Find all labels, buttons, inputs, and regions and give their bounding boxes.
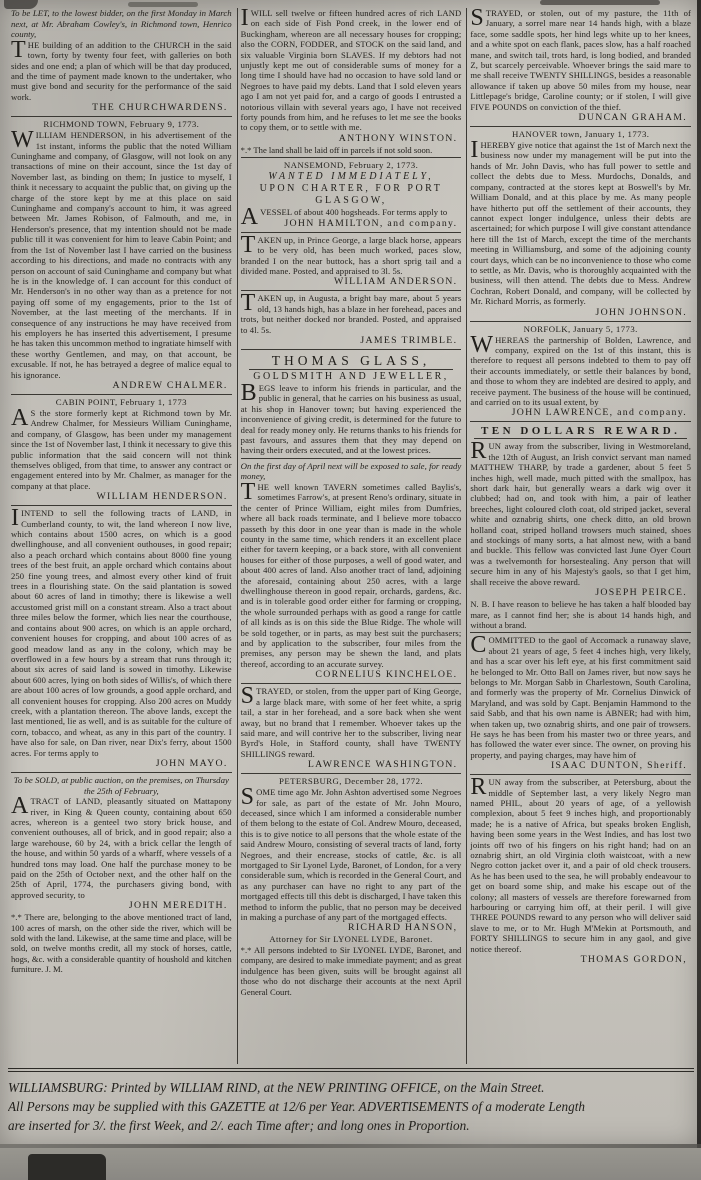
ad-signature: JOHN MAYO. [11, 758, 232, 770]
ad-columns: To be LET, to the lowest bidder, on the … [8, 8, 696, 1064]
ad-signature: JOSEPH PEIRCE. [470, 587, 691, 599]
ad-runaway-phil: RUN away from the subscriber, at Petersb… [470, 774, 691, 966]
ad-church-letting: To be LET, to the lowest bidder, on the … [11, 8, 232, 114]
ad-partnership-expired: NORFOLK, January 5, 1773. WHEREAS the pa… [470, 321, 691, 420]
ad-signature: LAWRENCE WASHINGTON. [241, 759, 462, 771]
ad-signature-title: Attorney for Sir LYONEL LYDE, Baronet. [241, 934, 462, 945]
ad-body: BEGS leave to inform his friends in part… [241, 383, 462, 456]
ad-dateline: CABIN POINT, February 1, 1773 [11, 397, 232, 408]
column-right: STRAYED, or stolen, out of my pasture, t… [467, 8, 696, 1064]
ad-committed-gaol: COMMITTED to the gaol of Accomack a runa… [470, 632, 691, 772]
ad-signature: JOHN HAMILTON, and company. [241, 218, 462, 230]
column-left: To be LET, to the lowest bidder, on the … [8, 8, 238, 1064]
ad-body: WILLIAM HENDERSON, in his advertisement … [11, 130, 232, 380]
ad-signature: WILLIAM HENDERSON. [11, 491, 232, 503]
ad-body: STRAYED, or stolen, out of my pasture, t… [470, 8, 691, 112]
ad-body: TAKEN up, in Augusta, a bright bay mare,… [241, 293, 462, 335]
ad-signature: JAMES TRIMBLE. [241, 335, 462, 347]
ad-strayed-sorrel: STRAYED, or stolen, out of my pasture, t… [470, 8, 691, 124]
ad-henderson-notice: CABIN POINT, February 1, 1773 AS the sto… [11, 394, 232, 503]
ad-intro: To be LET, to the lowest bidder, on the … [11, 8, 232, 40]
ink-stain [540, 0, 660, 5]
ad-intro: On the first day of April next will be e… [241, 461, 462, 482]
ink-stain [4, 0, 38, 9]
ad-signature: RICHARD HANSON, [241, 922, 462, 934]
ad-postscript: *.* There are, belonging to the above me… [11, 912, 232, 974]
ad-signature: JOHN LAWRENCE, and company. [470, 407, 691, 419]
ad-postscript: *.* All persons indebted to Sir LYONEL L… [241, 945, 462, 997]
ad-dateline: NANSEMOND, February 2, 1773. [241, 160, 462, 171]
ad-dateline: NORFOLK, January 5, 1773. [470, 324, 691, 335]
ad-meredith-auction: To be SOLD, at public auction, on the pr… [11, 772, 232, 975]
colophon-line-2: All Persons may be supplied with this GA… [8, 1097, 694, 1116]
ad-body: AS the store formerly kept at Richmond t… [11, 408, 232, 491]
ad-heading: WANTED IMMEDIATELY, [241, 171, 462, 183]
column-middle: I WILL sell twelve or fifteen hundred ac… [238, 8, 468, 1064]
newspaper-page: To be LET, to the lowest bidder, on the … [0, 0, 701, 1180]
ad-taken-up-mare: TAKEN up, in Augusta, a bright bay mare,… [241, 290, 462, 347]
ad-body: I WILL sell twelve or fifteen hundred ac… [241, 8, 462, 133]
ad-signature: JOHN MEREDITH. [11, 900, 232, 912]
ad-postscript: N. B. I have reason to believe he has ta… [470, 599, 691, 630]
ad-signature: ANTHONY WINSTON. [241, 133, 462, 145]
ad-body: A TRACT of LAND, pleasantly situated on … [11, 796, 232, 900]
ad-body: STRAYED, or stolen, from the upper part … [241, 686, 462, 759]
ad-signature: DUNCAN GRAHAM. [470, 112, 691, 124]
ad-body: COMMITTED to the gaol of Accomack a runa… [470, 635, 691, 760]
ad-intro: To be SOLD, at public auction, on the pr… [11, 775, 232, 796]
ad-body: SOME time ago Mr. John Ashton advertised… [241, 787, 462, 922]
ad-strayed-mare: STRAYED, or stolen, from the upper part … [241, 683, 462, 771]
ad-body: WHEREAS the partnership of Bolden, Lawre… [470, 335, 691, 408]
ad-heading: TEN DOLLARS REWARD. [474, 424, 687, 439]
ad-body: THE building of an addition to the CHURC… [11, 40, 232, 102]
ad-signature: ISAAC DUNTON, Sheriff. [470, 760, 691, 772]
ad-postscript: *.* The land shall be laid off in parcel… [241, 145, 462, 155]
ink-stain [128, 2, 198, 7]
ad-tavern-sale: On the first day of April next will be e… [241, 458, 462, 682]
ad-taken-up-horse: TAKEN up, in Prince George, a large blac… [241, 232, 462, 289]
ad-reward-tharp: TEN DOLLARS REWARD. RUN away from the su… [470, 421, 691, 630]
ad-dateline: PETERSBURG, December 28, 1772. [241, 776, 462, 787]
ad-body: I INTEND to sell the following tracts of… [11, 508, 232, 758]
ad-signature: ANDREW CHALMER. [11, 380, 232, 392]
ad-winston-land: I WILL sell twelve or fifteen hundred ac… [241, 8, 462, 155]
ad-signature: THOMAS GORDON, [470, 954, 691, 966]
ad-body: RUN away from the subscriber, living in … [470, 441, 691, 587]
ad-mortgage-notice: PETERSBURG, December 28, 1772. SOME time… [241, 773, 462, 997]
colophon-line-3: are inserted for 3/. the first Week, and… [8, 1116, 694, 1135]
ad-signature: THE CHURCHWARDENS. [11, 102, 232, 114]
colophon: WILLIAMSBURG: Printed by WILLIAM RIND, a… [8, 1068, 694, 1135]
ad-heading: THOMAS GLASS, [249, 353, 454, 370]
colophon-line-1: WILLIAMSBURG: Printed by WILLIAM RIND, a… [8, 1078, 694, 1097]
ad-chalmer-reply: RICHMOND TOWN, February 9, 1773. WILLIAM… [11, 116, 232, 392]
ad-signature: CORNELIUS KINCHELOE. [241, 669, 462, 681]
paper-sheet: To be LET, to the lowest bidder, on the … [0, 0, 701, 1148]
ad-body: I HEREBY give notice that against the 1s… [470, 140, 691, 307]
ad-body: RUN away from the subscriber, at Petersb… [470, 777, 691, 954]
ad-body: THE well known TAVERN sometimes called B… [241, 482, 462, 669]
ad-body: TAKEN up, in Prince George, a large blac… [241, 235, 462, 277]
paper-edge-shadow [697, 0, 701, 1148]
ad-thomas-glass: THOMAS GLASS, GOLDSMITH AND JEWELLER, BE… [241, 349, 462, 456]
ad-dateline: HANOVER town, January 1, 1773. [470, 129, 691, 140]
ad-vessel-wanted: NANSEMOND, February 2, 1773. WANTED IMME… [241, 157, 462, 229]
ad-subheading: UPON CHARTER, FOR PORT GLASGOW, [241, 183, 462, 207]
ad-signature: WILLIAM ANDERSON. [241, 276, 462, 288]
ad-signature: JOHN JOHNSON. [470, 307, 691, 319]
ad-dateline: RICHMOND TOWN, February 9, 1773. [11, 119, 232, 130]
ad-subheading: GOLDSMITH AND JEWELLER, [241, 371, 462, 383]
ink-stain [28, 1154, 106, 1180]
ad-mayo-land-sale: I INTEND to sell the following tracts of… [11, 505, 232, 770]
ad-johnson-notice: HANOVER town, January 1, 1773. I HEREBY … [470, 126, 691, 319]
ad-body: A VESSEL of about 400 hogsheads. For ter… [241, 207, 462, 217]
